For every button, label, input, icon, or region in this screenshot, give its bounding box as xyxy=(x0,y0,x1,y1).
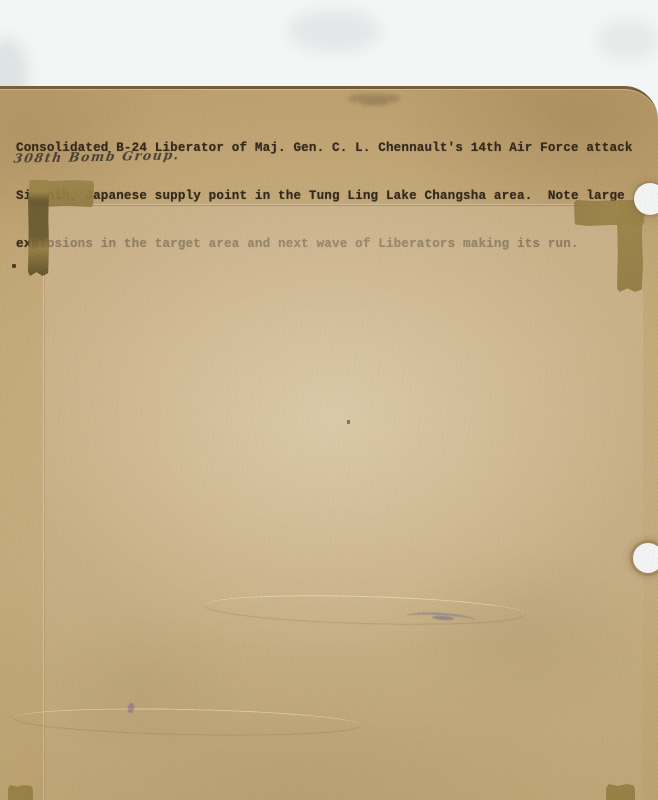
punch-hole-top xyxy=(634,183,658,215)
tape-bottom-left xyxy=(8,785,33,800)
ink-speck xyxy=(12,264,16,268)
tape-top-right-vertical xyxy=(617,200,643,292)
caption-line-2: Sinshih, Japanese supply point in the Tu… xyxy=(16,188,644,204)
scanner-background-smudge xyxy=(288,10,380,52)
tape-top-left-vertical xyxy=(28,180,49,276)
scanner-background-smudge xyxy=(598,20,658,60)
scanned-document: Consolidated B-24 Liberator of Maj. Gen.… xyxy=(0,0,658,800)
ink-speck xyxy=(347,420,350,424)
ink-ghost-smudge xyxy=(362,101,388,106)
tape-bottom-right xyxy=(606,784,635,800)
punch-hole-bottom xyxy=(633,543,658,573)
album-page: Consolidated B-24 Liberator of Maj. Gen.… xyxy=(0,86,658,800)
